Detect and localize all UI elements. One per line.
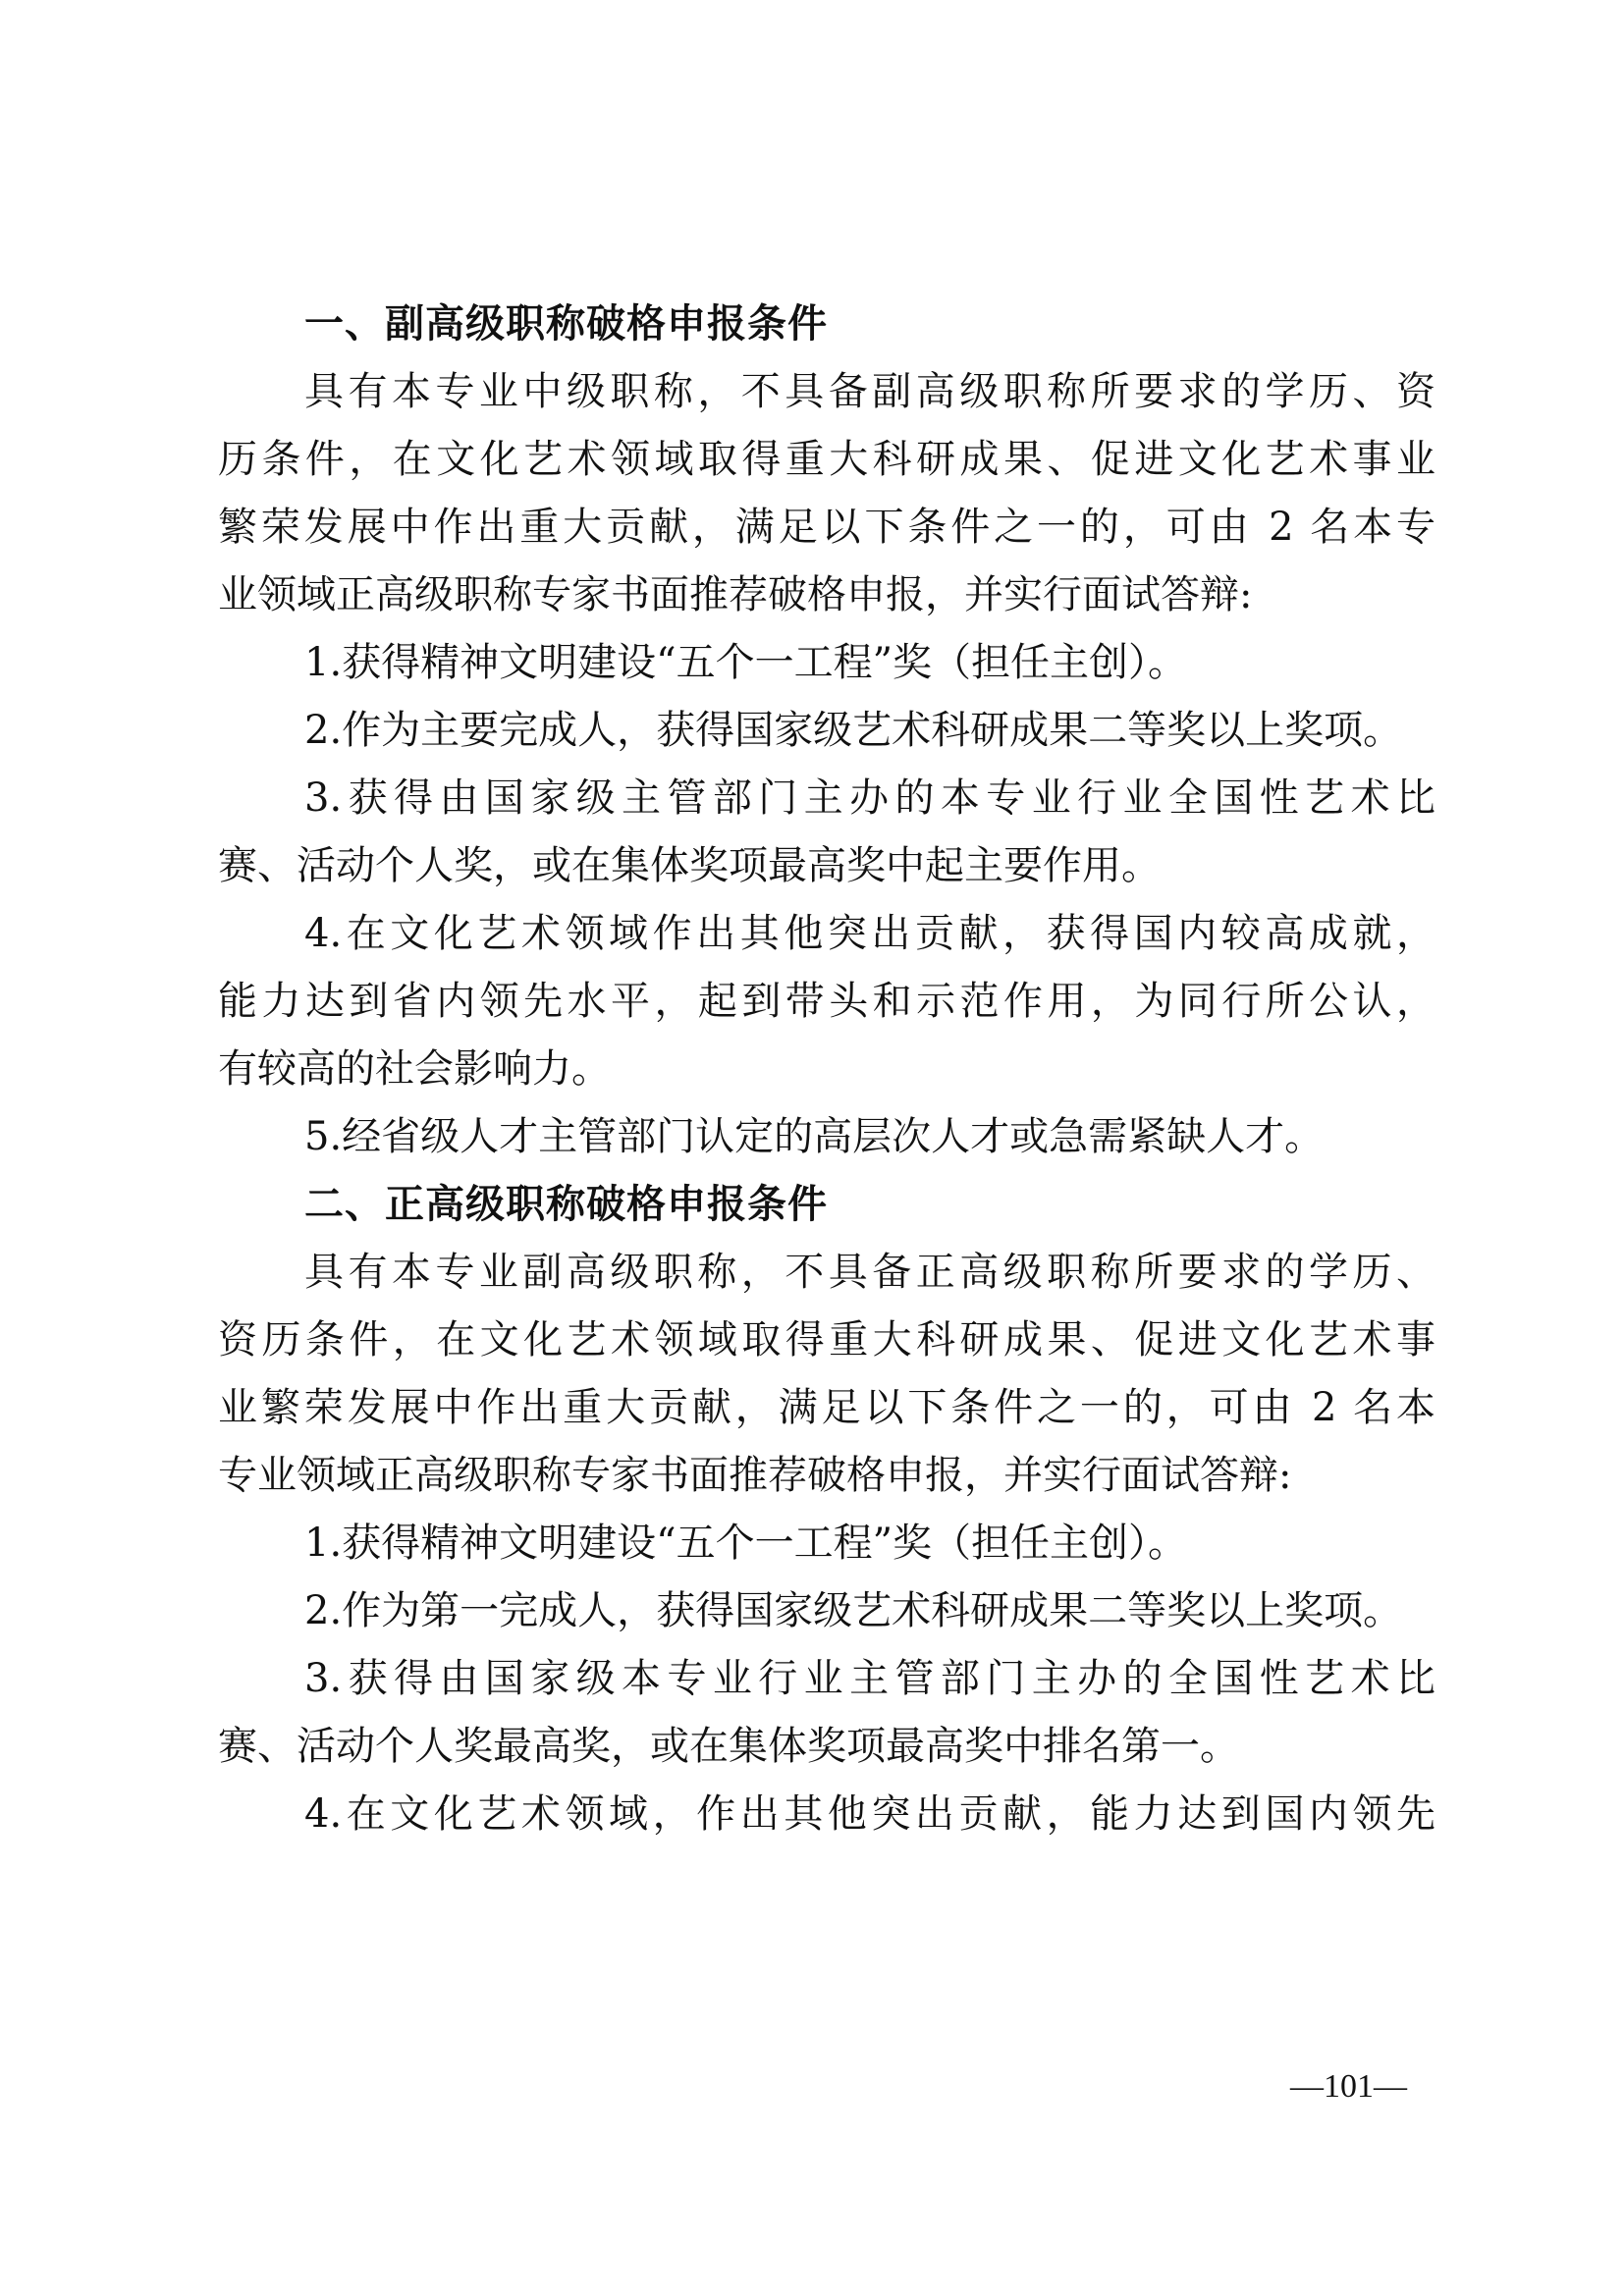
list-item-3: 3.获得由国家级本专业行业主管部门主办的全国性艺术比	[304, 1645, 1435, 1713]
list-item-2: 2.作为主要完成人，获得国家级艺术科研成果二等奖以上奖项。	[304, 697, 1435, 765]
list-item-4-cont: 有较高的社会影响力。	[218, 1036, 1435, 1103]
list-item-4: 4.在文化艺术领域作出其他突出贡献，获得国内较高成就，	[304, 900, 1435, 968]
paragraph-line: 具有本专业副高级职称，不具备正高级职称所要求的学历、	[304, 1239, 1435, 1307]
paragraph-line: 专业领域正高级职称专家书面推荐破格申报，并实行面试答辩:	[218, 1442, 1435, 1510]
paragraph-line: 业领域正高级职称专家书面推荐破格申报，并实行面试答辩:	[218, 561, 1435, 629]
document-page: 一、副高级职称破格申报条件 具有本专业中级职称，不具备副高级职称所要求的学历、资…	[0, 0, 1624, 2296]
section-heading-1: 一、副高级职称破格申报条件	[304, 291, 828, 358]
list-item-3: 3.获得由国家级主管部门主办的本专业行业全国性艺术比	[304, 765, 1435, 832]
list-item-3-cont: 赛、活动个人奖，或在集体奖项最高奖中起主要作用。	[218, 832, 1435, 900]
paragraph-line: 繁荣发展中作出重大贡献，满足以下条件之一的，可由 2 名本专	[218, 494, 1435, 561]
list-item-4: 4.在文化艺术领域，作出其他突出贡献，能力达到国内领先	[304, 1781, 1435, 1848]
paragraph-line: 业繁荣发展中作出重大贡献，满足以下条件之一的，可由 2 名本	[218, 1374, 1435, 1442]
paragraph-line: 资历条件，在文化艺术领域取得重大科研成果、促进文化艺术事	[218, 1307, 1435, 1374]
list-item-4-cont: 能力达到省内领先水平，起到带头和示范作用，为同行所公认，	[218, 968, 1435, 1036]
paragraph-line: 历条件，在文化艺术领域取得重大科研成果、促进文化艺术事业	[218, 426, 1435, 494]
list-item-5: 5.经省级人才主管部门认定的高层次人才或急需紧缺人才。	[304, 1103, 1435, 1171]
list-item-2: 2.作为第一完成人，获得国家级艺术科研成果二等奖以上奖项。	[304, 1577, 1435, 1645]
paragraph-line: 具有本专业中级职称，不具备副高级职称所要求的学历、资	[304, 358, 1435, 426]
list-item-1: 1.获得精神文明建设“五个一工程”奖（担任主创）。	[304, 1510, 1435, 1577]
page-number: —101—	[1290, 2067, 1407, 2107]
list-item-3-cont: 赛、活动个人奖最高奖，或在集体奖项最高奖中排名第一。	[218, 1713, 1435, 1781]
section-heading-2: 二、正高级职称破格申报条件	[304, 1171, 828, 1239]
list-item-1: 1.获得精神文明建设“五个一工程”奖（担任主创）。	[304, 629, 1435, 697]
